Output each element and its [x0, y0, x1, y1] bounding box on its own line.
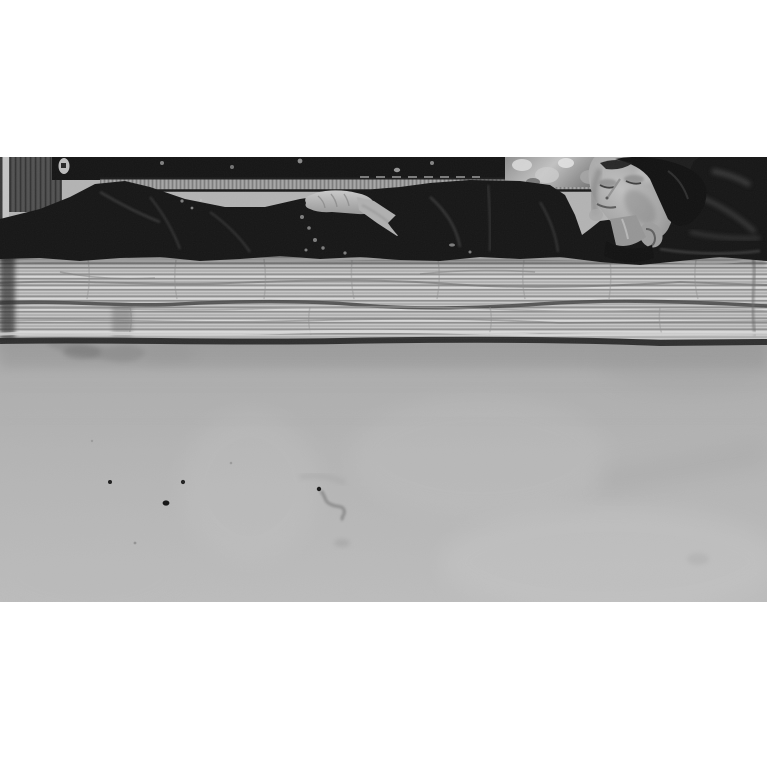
- photograph: [0, 157, 767, 602]
- letterboxed-page: [0, 0, 767, 767]
- film-grain-overlay: [0, 157, 767, 602]
- photo-scene: [0, 157, 767, 602]
